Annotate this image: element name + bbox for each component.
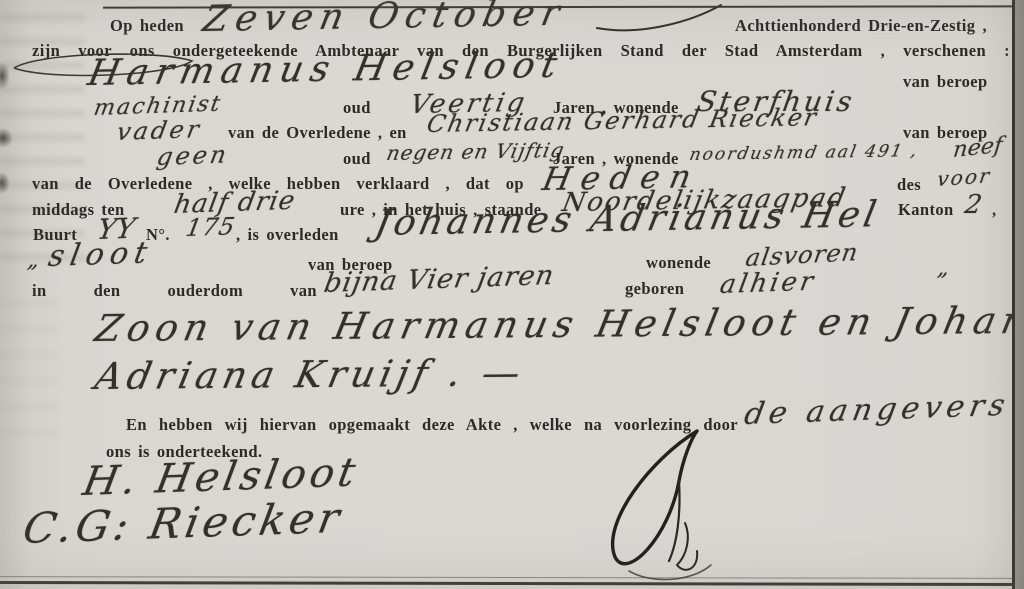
label-oud-2: oud <box>343 150 371 168</box>
bleed-through-left-lower <box>0 300 60 440</box>
hw-parents-line-2: Adriana Kruijf . — <box>92 354 528 395</box>
printed-ouderdom: in den ouderdom van <box>32 282 317 300</box>
label-op-heden: Op heden <box>110 17 184 35</box>
signature-declarant2: C.G: Riecker <box>20 497 346 550</box>
hw-deceased-age: bijna Vier jaren <box>322 262 557 297</box>
hw-relation-1: vader <box>115 117 204 144</box>
hw-ditto-mark-2: „ <box>936 258 951 280</box>
hw-residence-2: noordushmd aal 491 , <box>688 143 920 164</box>
hw-kanton-number: 2 <box>963 192 984 218</box>
hw-deceased-residence: alsvoren <box>744 240 860 270</box>
hw-ditto-mark-1: „ <box>26 250 41 272</box>
hw-signed-by: de aangevers <box>742 391 1012 430</box>
hw-deceased-name-part2: sloot <box>46 238 155 272</box>
printed-kanton-comma: , <box>992 201 997 219</box>
ink-mark-edge-2 <box>0 128 13 148</box>
label-year: Achttienhonderd Drie-en-Zestig , <box>735 17 987 35</box>
printed-overledene-en: van de Overledene , en <box>228 124 407 142</box>
death-record-scan: Op heden Zeven October Achttienhonderd D… <box>0 0 1024 589</box>
hw-deceased-name-part1: Johannes Adrianus Hel <box>372 197 883 242</box>
hw-declarant2-name: Christiaan Gerhard Riecker <box>425 105 820 136</box>
label-van-beroep-1: van beroep <box>903 73 988 91</box>
label-des: des <box>897 176 921 194</box>
hw-parents-line-1: Zoon van Harmanus Helsloot en Johanna <box>92 301 1024 347</box>
hw-relation-2: neef <box>952 135 1004 162</box>
label-kanton: Kanton <box>898 201 954 219</box>
hw-declarant1-name: Harmanus Helsloot <box>85 48 567 92</box>
hw-house-number: 175 <box>184 214 237 240</box>
hw-age-2: negen en Vijftig <box>385 140 567 163</box>
ink-mark-edge-1 <box>0 62 10 90</box>
ink-mark-edge-3 <box>0 172 10 194</box>
label-oud-1: oud <box>343 99 371 117</box>
registrar-signature <box>585 425 725 580</box>
bottom-rule-thin <box>0 576 1014 579</box>
printed-is-overleden: , is overleden <box>236 226 339 244</box>
date-swash-flourish <box>595 0 725 34</box>
label-wonende: wonende <box>646 254 711 272</box>
page-edge-shadow <box>1015 0 1024 589</box>
hw-occupation-2: geen <box>155 143 231 169</box>
hw-record-date: Zeven October <box>200 0 569 38</box>
hw-birthplace: alhier <box>718 269 818 298</box>
label-geboren: geboren <box>625 280 684 298</box>
hw-voor: voor <box>936 165 992 189</box>
bottom-rule <box>0 581 1014 586</box>
